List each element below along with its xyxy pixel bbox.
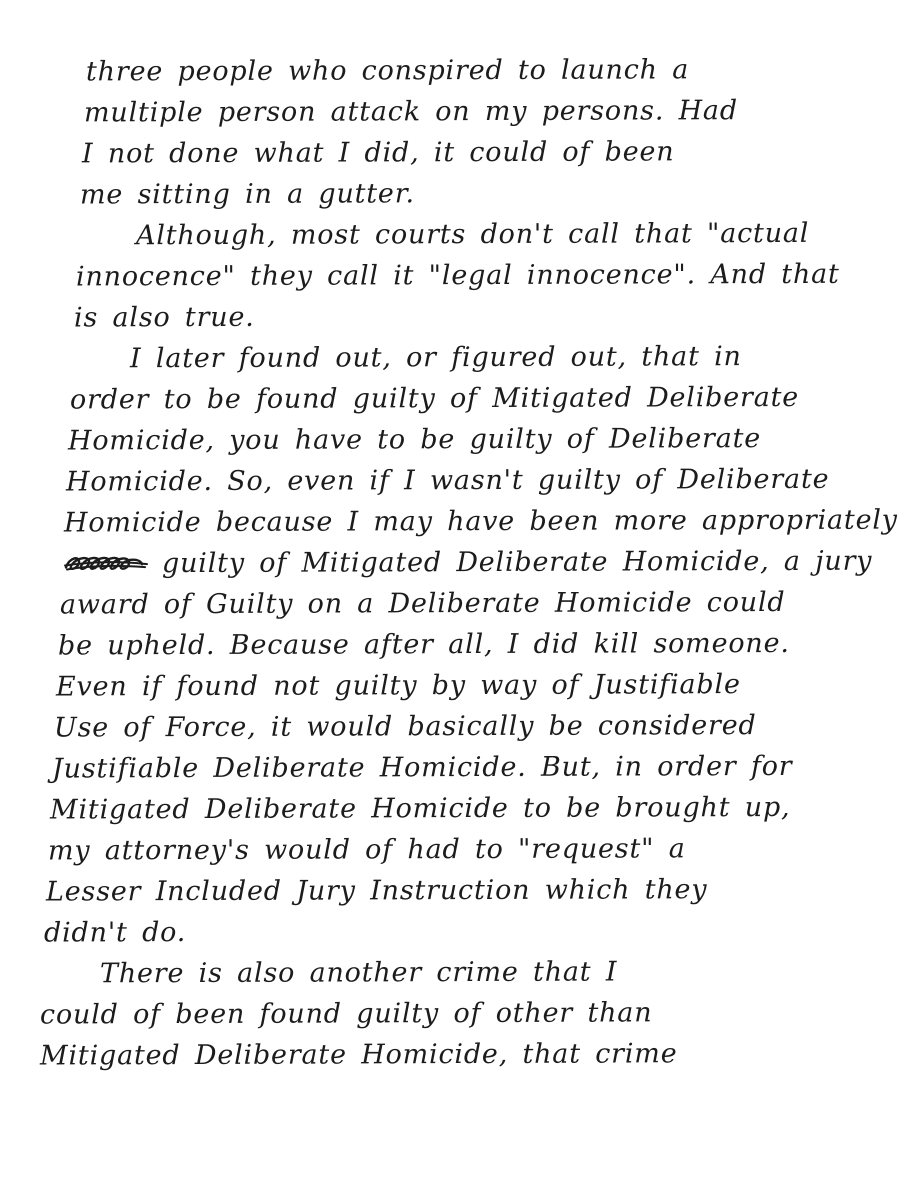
handwritten-line: didn't do. — [44, 909, 904, 953]
handwritten-line: order to be found guilty of Mitigated De… — [70, 377, 904, 421]
handwritten-line: innocence" they call it "legal innocence… — [76, 254, 904, 298]
handwritten-line: my attorney's would of had to "request" … — [48, 828, 904, 872]
handwritten-line: Homicide because I may have been more ap… — [64, 500, 904, 544]
handwritten-line: Homicide, you have to be guilty of Delib… — [68, 418, 904, 462]
handwritten-line: Mitigated Deliberate Homicide to be brou… — [50, 787, 904, 831]
handwritten-page: three people who conspired to launch amu… — [0, 0, 918, 1183]
handwritten-line: award of Guilty on a Deliberate Homicide… — [60, 582, 904, 626]
handwritten-line: is also true. — [74, 295, 904, 339]
handwritten-line-text: Although, most courts don't call that "a… — [136, 218, 809, 251]
handwritten-text-block: three people who conspired to launch amu… — [40, 50, 904, 1075]
handwritten-line-text: guilty of Mitigated Deliberate Homicide,… — [162, 546, 872, 579]
handwritten-line-text: my attorney's would of had to "request" … — [48, 833, 686, 866]
handwritten-line: Although, most courts don't call that "a… — [78, 213, 904, 257]
handwritten-line: multiple person attack on my persons. Ha… — [84, 90, 904, 134]
handwritten-line-text: Homicide because I may have been more ap… — [64, 505, 898, 539]
handwritten-line: I later found out, or figured out, that … — [72, 336, 904, 380]
handwritten-line: be upheld. Because after all, I did kill… — [58, 623, 904, 667]
handwritten-line-text: Mitigated Deliberate Homicide, that crim… — [40, 1038, 678, 1071]
handwritten-line: Lesser Included Jury Instruction which t… — [46, 869, 904, 913]
handwritten-line: Mitigated Deliberate Homicide, that crim… — [40, 1032, 904, 1076]
handwritten-line-text: Justifiable Deliberate Homicide. But, in… — [52, 751, 793, 785]
handwritten-line-text: Lesser Included Jury Instruction which t… — [46, 874, 707, 907]
handwritten-line-text: Homicide, you have to be guilty of Delib… — [68, 423, 761, 456]
handwritten-line: me sitting in a gutter. — [80, 172, 904, 216]
handwritten-line-text: is also true. — [74, 302, 255, 334]
handwritten-line-text: be upheld. Because after all, I did kill… — [58, 628, 790, 662]
handwritten-line-text: Mitigated Deliberate Homicide to be brou… — [50, 792, 790, 826]
handwritten-line-text: multiple person attack on my persons. Ha… — [84, 95, 738, 128]
handwritten-line-text: award of Guilty on a Deliberate Homicide… — [60, 587, 786, 621]
handwritten-line: guilty of Mitigated Deliberate Homicide,… — [62, 541, 904, 585]
handwritten-line: Justifiable Deliberate Homicide. But, in… — [52, 746, 904, 790]
handwritten-line-text: Use of Force, it would basically be cons… — [54, 710, 757, 743]
handwritten-line-text: I not done what I did, it could of been — [82, 136, 675, 169]
handwritten-line-text: Even if found not guilty by way of Justi… — [56, 669, 741, 702]
handwritten-line-text: me sitting in a gutter. — [80, 178, 415, 210]
handwritten-line: could of been found guilty of other than — [40, 991, 904, 1035]
handwritten-line-text: Homicide. So, even if I wasn't guilty of… — [66, 464, 829, 498]
handwritten-line-text: three people who conspired to launch a — [86, 54, 689, 87]
handwritten-line: Use of Force, it would basically be cons… — [54, 705, 904, 749]
handwritten-line-text: order to be found guilty of Mitigated De… — [70, 382, 799, 416]
handwritten-line: three people who conspired to launch a — [86, 49, 904, 93]
handwritten-line-text: didn't do. — [44, 917, 186, 948]
handwritten-line: Homicide. So, even if I wasn't guilty of… — [66, 459, 904, 503]
scribbled-out-word — [62, 547, 150, 588]
handwritten-line-text: could of been found guilty of other than — [40, 997, 652, 1030]
handwritten-line: Even if found not guilty by way of Justi… — [56, 664, 904, 708]
handwritten-line-text: I later found out, or figured out, that … — [130, 341, 742, 374]
handwritten-line: I not done what I did, it could of been — [82, 131, 904, 175]
handwritten-line: There is also another crime that I — [42, 950, 904, 994]
handwritten-line-text: innocence" they call it "legal innocence… — [76, 259, 840, 293]
handwritten-line-text: There is also another crime that I — [100, 956, 617, 989]
